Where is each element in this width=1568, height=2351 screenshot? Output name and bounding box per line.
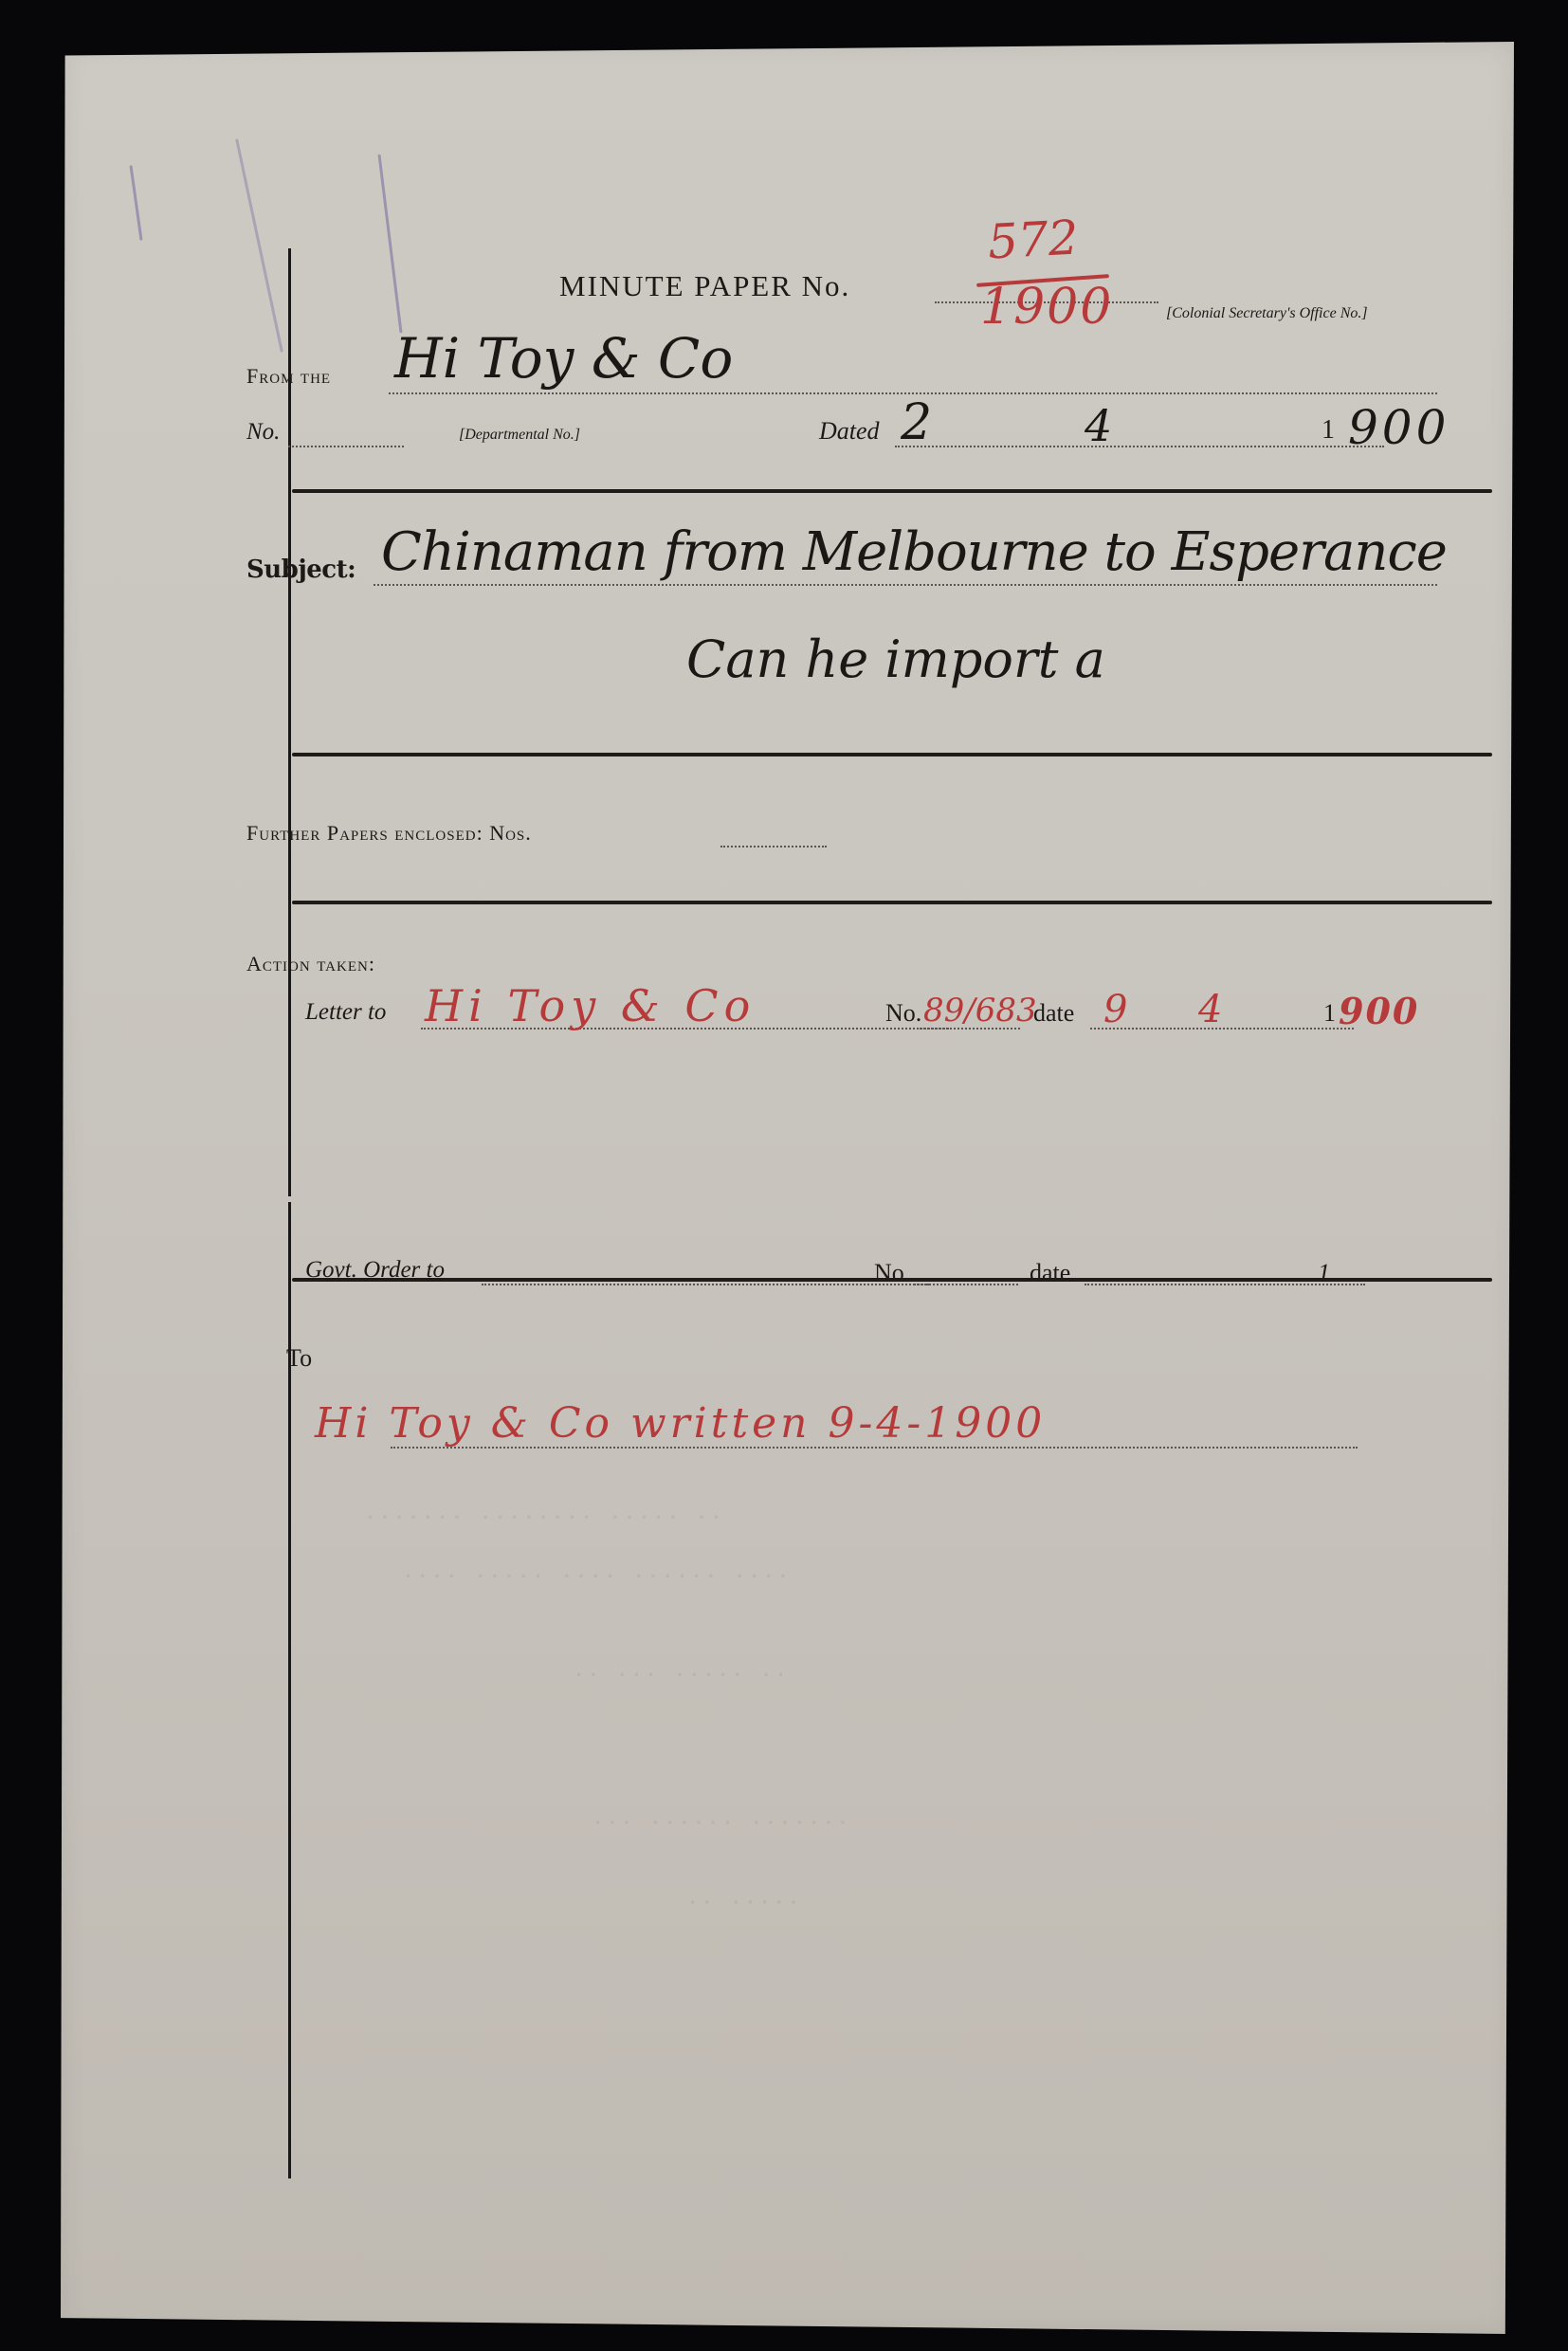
letter-date-year-prefix: 1 [1323,999,1336,1028]
dated-year-suffix: 900 [1348,400,1449,455]
letter-date-year-suffix: 900 [1339,990,1419,1032]
letter-date-label: date [1033,999,1074,1028]
document-title: MINUTE PAPER No. [559,269,850,303]
departmental-note: [Departmental No.] [459,427,580,444]
govt-order-no-label: No. [874,1259,910,1287]
dated-year-prefix: 1 [1322,415,1335,446]
dated-month: 4 [1085,400,1112,451]
further-papers-label: Further Papers enclosed: Nos. [246,821,532,846]
from-value: Hi Toy & Co [394,326,733,391]
section-rule [292,901,1492,904]
further-papers-leader [720,846,827,847]
pencil-mark [235,138,283,353]
letter-no-leader [920,1028,1020,1030]
from-label: From the [246,364,331,389]
to-label: To [286,1344,312,1373]
bleed-through-text: ... ...... ....... [592,1807,851,1831]
dated-label: Dated [819,417,880,446]
subject-label: Subject: [246,556,356,584]
bleed-through-text: .. ..... [686,1886,802,1910]
subject-line-2: Can he import a [686,629,1105,689]
letter-no-label: No. [885,999,921,1028]
dated-leader [895,446,1384,447]
bleed-through-text: .. ... ..... .. [573,1659,789,1683]
bleed-through-text: ....... ........ ..... .. [364,1502,724,1525]
govt-order-leader [482,1284,929,1285]
action-taken-label: Action taken: [246,952,375,976]
letter-recipient: Hi Toy & Co [425,980,756,1031]
bleed-through-text: .... ..... .... ...... .... [402,1560,791,1584]
paper-number-numerator: 572 [987,210,1080,270]
pencil-mark [129,165,142,241]
subject-line-1: Chinaman from Melbourne to Esperance [381,521,1447,583]
minute-paper-page: MINUTE PAPER No. 572 1900 [Colonial Secr… [61,42,1514,2334]
section-rule [292,1278,1492,1282]
subject-leader [374,584,1437,586]
dated-day: 2 [901,394,932,451]
section-rule [292,489,1492,493]
margin-rule [288,248,291,1196]
letter-number: 89/683 [923,992,1037,1030]
paper-number-denominator: 1900 [980,279,1113,336]
letter-to-label: Letter to [305,999,386,1026]
section-rule [292,753,1492,756]
to-note: Hi Toy & Co written 9-4-1900 [315,1399,1046,1448]
pencil-mark [377,155,402,334]
letter-date-month: 4 [1198,988,1222,1031]
letter-date-day: 9 [1103,988,1127,1031]
colonial-office-note: [Colonial Secretary's Office No.] [1166,305,1368,322]
no-label: No. [246,419,280,446]
govt-order-year-prefix: 1 [1318,1259,1330,1287]
govt-order-date-label: date [1030,1259,1070,1287]
no-leader [288,446,404,447]
govt-order-no-leader [914,1284,1018,1285]
